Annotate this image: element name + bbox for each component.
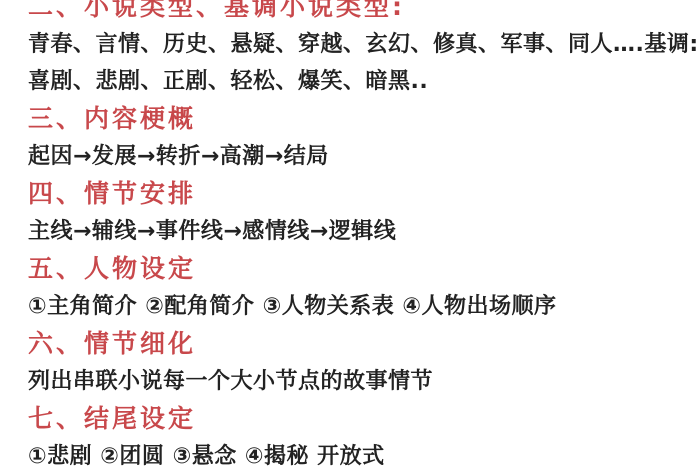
body-line-plot-detail-desc: 列出串联小说每一个大小节点的故事情节 [0,361,700,399]
novel-outline-document: 二、小说类型、基调小说类型: 青春、言情、历史、悬疑、穿越、玄幻、修真、军事、同… [0,0,700,470]
section-heading-characters: 五、人物设定 [0,249,700,287]
body-line-ending-types: ①悲剧 ②团圆 ③悬念 ④揭秘 开放式 [0,436,700,470]
body-line-character-items: ①主角简介 ②配角简介 ③人物关系表 ④人物出场顺序 [0,286,700,324]
section-heading-plot-arrangement: 四、情节安排 [0,174,700,212]
body-line-plot-stages: 起因→发展→转折→高潮→结局 [0,136,700,174]
body-line-genres: 青春、言情、历史、悬疑、穿越、玄幻、修真、军事、同人….基调: [0,24,700,62]
section-heading-synopsis: 三、内容梗概 [0,99,700,137]
section-heading-plot-detail: 六、情节细化 [0,324,700,362]
body-line-tones: 喜剧、悲剧、正剧、轻松、爆笑、暗黑.. [0,61,700,99]
body-line-plot-lines: 主线→辅线→事件线→感情线→逻辑线 [0,211,700,249]
section-heading-novel-type: 二、小说类型、基调小说类型: [0,0,700,24]
section-heading-ending: 七、结尾设定 [0,399,700,437]
